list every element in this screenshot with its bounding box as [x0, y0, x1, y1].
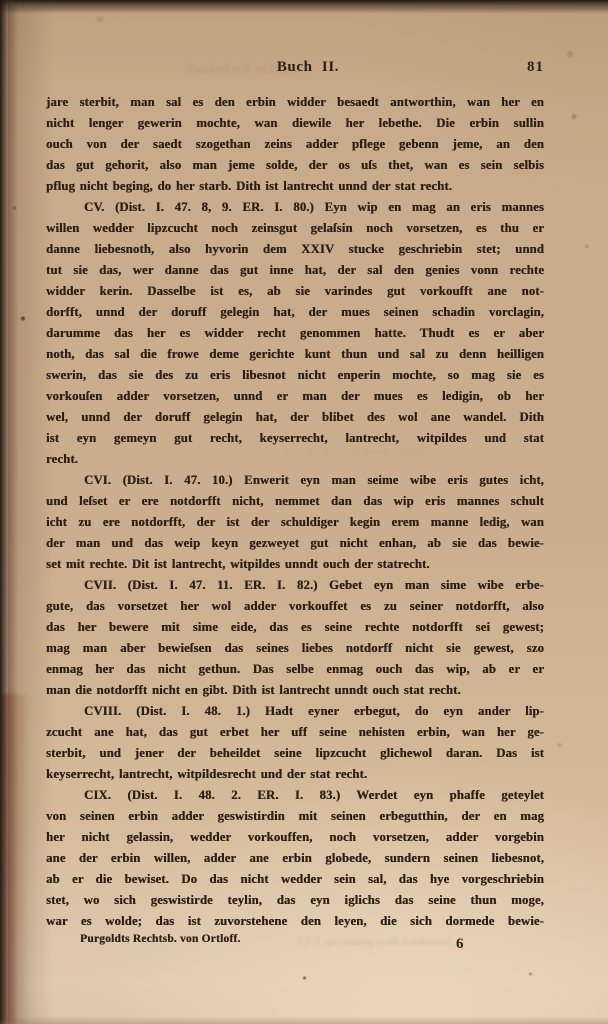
text-line: dorfft, unnd der doruff gelegin hat, der… [46, 302, 544, 323]
text-line: CV. (Dist. I. 47. 8, 9. ER. I. 80.) Eyn … [46, 197, 544, 218]
scan-edge-top [0, 0, 608, 14]
text-line: stet, wo sich geswistirde teylin, das ey… [46, 890, 544, 911]
stain [345, 118, 350, 122]
text-line: noth, das sal die frowe deme gerichte ku… [46, 344, 544, 365]
text-line: war es wolde; das ist zuvorstehene den l… [46, 911, 544, 932]
text-line: ab er die bewiset. Do das nicht wedder s… [46, 869, 544, 890]
text-line: recht. [46, 449, 544, 470]
text-line: CVI. (Dist. I. 47. 10.) Enwerit eyn man … [46, 470, 544, 491]
stain [570, 113, 578, 120]
text-line: vorkouſen adder vorsetzen, unnd er man d… [46, 386, 544, 407]
stain [20, 316, 26, 321]
text-line: ist eyn gemeyn gut recht, keyserrecht, l… [46, 428, 544, 449]
signature-note: Purgoldts Rechtsb. von Ortloff. [80, 933, 240, 945]
scan-edge-bottom [0, 1016, 608, 1024]
stain [302, 976, 307, 980]
text-line: keyserrecht, lantrecht, witpildesrecht u… [46, 764, 544, 785]
text-line: gute, das vorsetzet her wol adder vorkou… [46, 596, 544, 617]
text-line: nicht lenger gewerin mochte, wan diewile… [46, 113, 544, 134]
text-line: und leſset er ere notdorfft nicht, nemme… [46, 491, 544, 512]
text-line: darumme das her es widder recht genommen… [46, 323, 544, 344]
page-header: Buch II. 81 [46, 59, 544, 79]
page-footer: Purgoldts Rechtsb. von Ortloff. 6 [46, 931, 544, 961]
book-page: Purgoldts Rechtsbuchwitpildes unnd der s… [0, 0, 608, 1024]
text-line: jare sterbit, man sal es den erbin widde… [46, 92, 544, 113]
stain [528, 972, 533, 976]
text-line: enmag her das nicht gethun. Das selbe en… [46, 659, 544, 680]
text-line: zcucht ane hat, das gut erbet her uff se… [46, 722, 544, 743]
text-line: swerin, das sie des zu eris libesnot nic… [46, 365, 544, 386]
text-line: mag man aber bewieſsen das seines liebes… [46, 638, 544, 659]
text-line: widder kerin. Dasselbe ist es, ab sie va… [46, 281, 544, 302]
sheet-number: 6 [456, 936, 464, 953]
text-line: tut sie das, wer danne das gut inne hat,… [46, 260, 544, 281]
text-line: willen wedder lipzcucht noch zeinsgut ge… [46, 218, 544, 239]
page-number: 81 [527, 59, 544, 76]
text-line: danne liebesnoth, also hyvorin dem XXIV … [46, 239, 544, 260]
text-line: CVIII. (Dist. I. 48. 1.) Hadt eyner erbe… [46, 701, 544, 722]
text-line: das gut gehorit, also man jeme solde, de… [46, 155, 544, 176]
text-line: sterbit, und jener der beheildet seine l… [46, 743, 544, 764]
stain [94, 16, 106, 23]
text-line: von seinen erbin adder geswistirdin mit … [46, 806, 544, 827]
text-line: das her bewere mit sime eide, das es sei… [46, 617, 544, 638]
text-line: CIX. (Dist. I. 48. 2. ER. I. 83.) Werdet… [46, 785, 544, 806]
text-line: wel, unnd der doruff gelegin hat, der bl… [46, 407, 544, 428]
text-line: icht zu ere notdorfft, der ist der schul… [46, 512, 544, 533]
text-line: pflug nicht beging, do her starb. Dith i… [46, 176, 544, 197]
stain [584, 244, 590, 249]
text-line: set mit rechte. Dit ist lantrecht, witpi… [46, 554, 544, 575]
stain [565, 50, 575, 58]
text-line: ouch von der saedt szogethan zeins adder… [46, 134, 544, 155]
text-line: man die notdorfft nicht en gibt. Dith is… [46, 680, 544, 701]
text-line: CVII. (Dist. I. 47. 11. ER. I. 82.) Gebe… [46, 575, 544, 596]
text-block: jare sterbit, man sal es den erbin widde… [46, 92, 544, 932]
stain [556, 742, 563, 748]
text-line: her nicht gelassin, wedder vorkouffen, n… [46, 827, 544, 848]
running-title: Buch II. [59, 59, 557, 76]
text-line: ane der erbin willen, adder ane erbin gl… [46, 848, 544, 869]
text-line: der man und das weip keyn gezweyet gut n… [46, 533, 544, 554]
scan-edge-left [0, 0, 18, 1024]
